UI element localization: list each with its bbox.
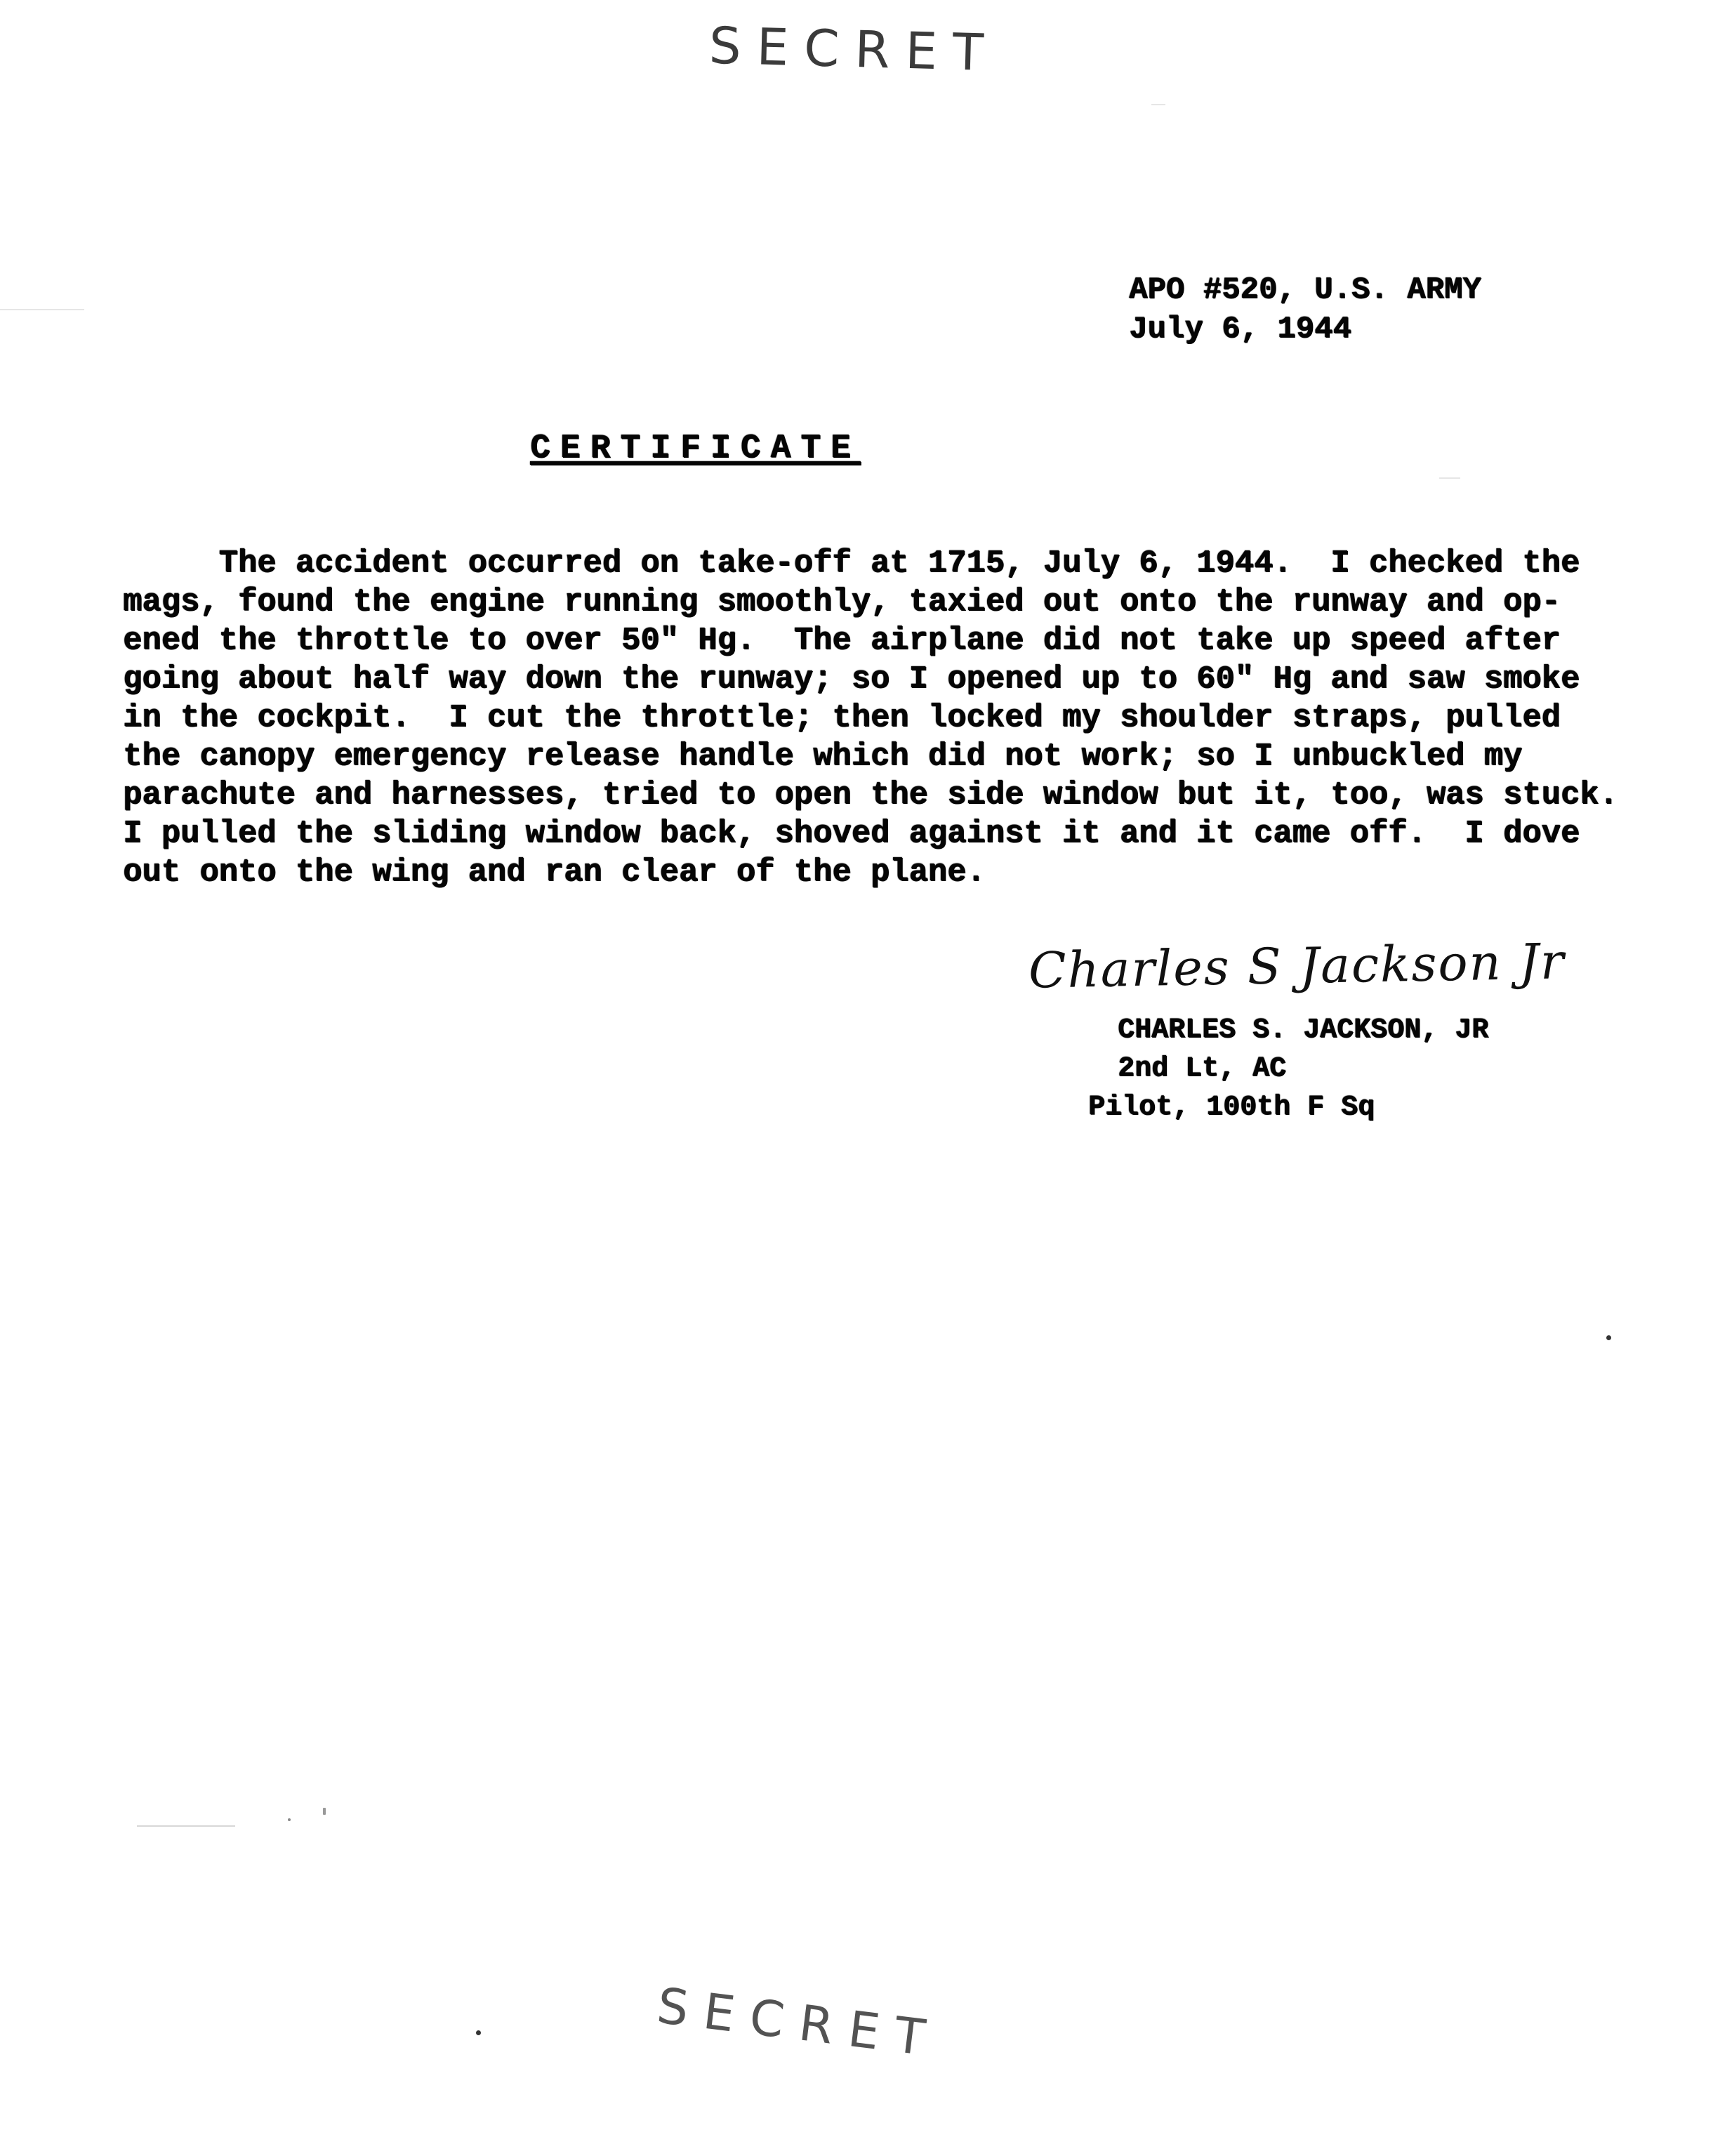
- scan-artifact-line: [0, 309, 84, 310]
- scan-speck: [323, 1808, 326, 1815]
- signer-rank: 2nd Lt, AC: [1118, 1050, 1488, 1088]
- signer-name: CHARLES S. JACKSON, JR: [1118, 1011, 1488, 1050]
- header-block: APO #520, U.S. ARMY July 6, 1944: [1129, 270, 1481, 349]
- scan-speck: [476, 2030, 481, 2035]
- signature-block: CHARLES S. JACKSON, JR 2nd Lt, AC Pilot,…: [1088, 1011, 1488, 1127]
- scan-speck: [1606, 1335, 1611, 1340]
- body-line: parachute and harnesses, tried to open t…: [123, 776, 1688, 814]
- scan-artifact-line: [1151, 104, 1165, 105]
- scan-artifact-line: [1439, 477, 1460, 479]
- secret-stamp-bottom: SECRET: [654, 1977, 944, 2069]
- body-line: I pulled the sliding window back, shoved…: [123, 814, 1688, 853]
- secret-stamp-top: SECRET: [708, 16, 1000, 83]
- body-line: ened the throttle to over 50" Hg. The ai…: [123, 621, 1688, 660]
- body-line: the canopy emergency release handle whic…: [123, 737, 1688, 776]
- header-date: July 6, 1944: [1129, 310, 1481, 349]
- body-paragraph: The accident occurred on take-off at 171…: [123, 544, 1688, 892]
- body-line: going about half way down the runway; so…: [123, 660, 1688, 699]
- scan-artifact-line: [137, 1825, 235, 1827]
- body-line: out onto the wing and ran clear of the p…: [123, 853, 1688, 892]
- handwritten-signature: Charles S Jackson Jr: [1028, 932, 1566, 999]
- signer-position: Pilot, 100th F Sq: [1088, 1088, 1488, 1127]
- document-title: CERTIFICATE: [530, 430, 861, 468]
- scan-speck: [288, 1818, 291, 1821]
- body-line: The accident occurred on take-off at 171…: [123, 544, 1688, 583]
- body-line: mags, found the engine running smoothly,…: [123, 583, 1688, 621]
- header-address: APO #520, U.S. ARMY: [1129, 270, 1481, 310]
- body-line: in the cockpit. I cut the throttle; then…: [123, 699, 1688, 737]
